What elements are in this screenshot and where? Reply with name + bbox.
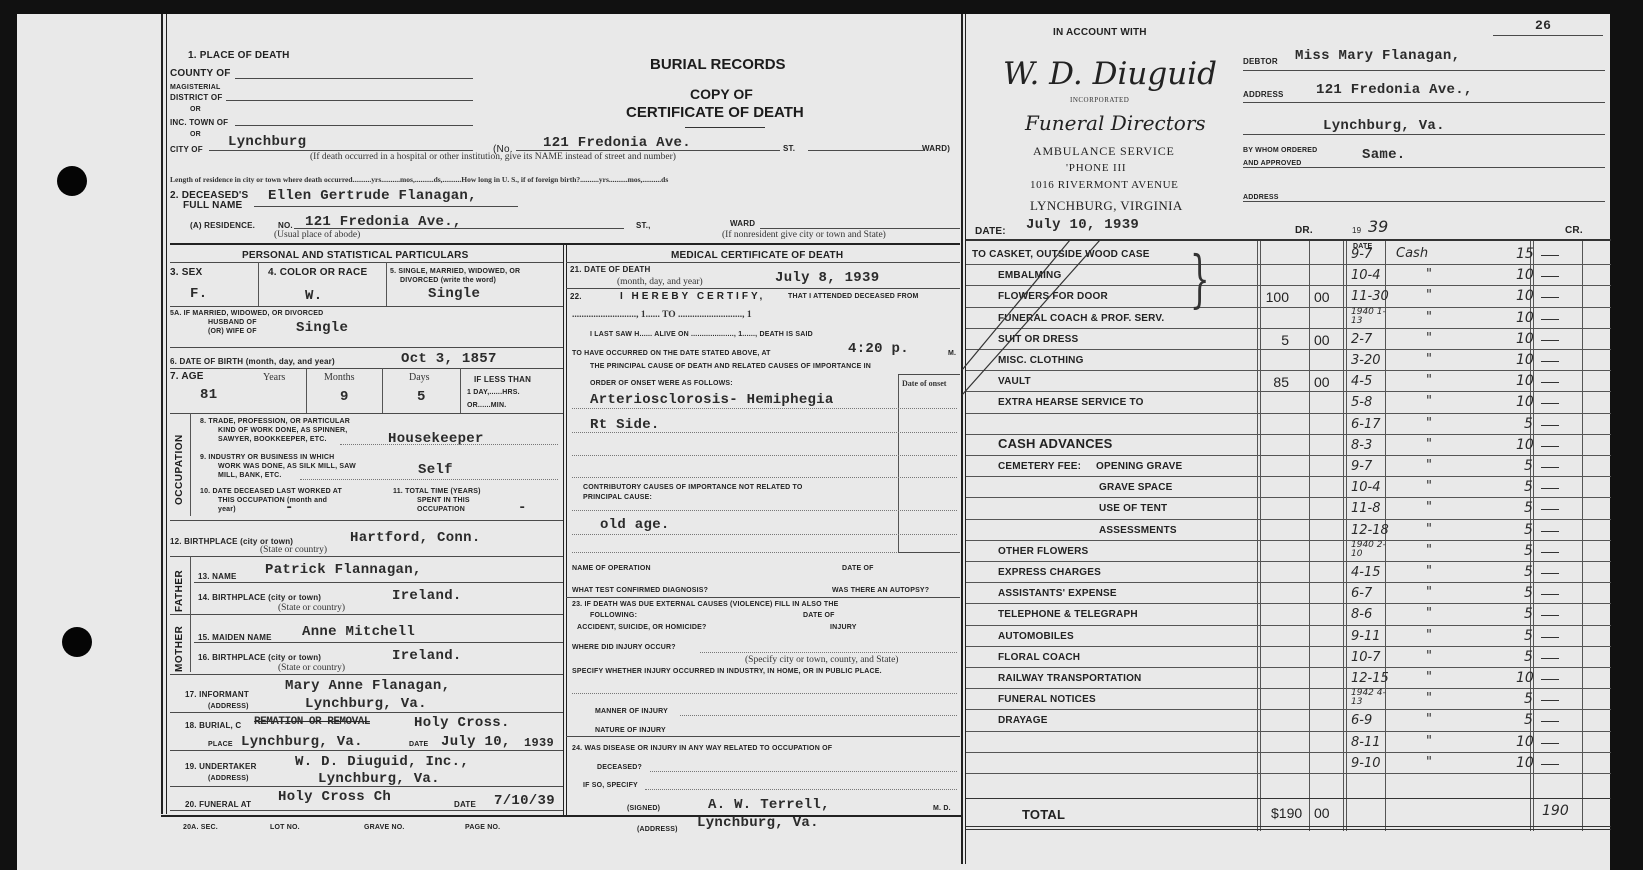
ledger-row: USE OF TENT11-8"5 xyxy=(966,498,1611,519)
city-label: CITY OF xyxy=(170,145,203,154)
funeral-line xyxy=(170,810,563,811)
footer-lot: LOT NO. xyxy=(270,824,300,831)
street-line xyxy=(516,150,780,151)
funeral-label: 20. FUNERAL AT xyxy=(185,800,251,809)
total-value: $190 xyxy=(1271,805,1302,821)
ledger-item-cr-dash xyxy=(1541,721,1559,722)
debtor-address-line xyxy=(1243,102,1605,103)
burial-place-label: PLACE xyxy=(208,741,233,748)
test-label: WHAT TEST CONFIRMED DIAGNOSIS? xyxy=(572,587,708,594)
items-brace-icon: } xyxy=(1190,248,1210,310)
cause-1-value: Arteriosclorosis- Hemiphegia xyxy=(590,392,834,408)
age-label: 7. AGE xyxy=(170,371,204,382)
age-years-value: 81 xyxy=(200,387,217,403)
ledger-row: 8-11"10 xyxy=(966,732,1611,753)
contributory-dots-2 xyxy=(572,534,957,535)
dod-line xyxy=(566,288,960,289)
cause-dots-4 xyxy=(572,477,957,478)
ledger-item-label: AUTOMOBILES xyxy=(998,631,1074,642)
ledger-item-label: GRAVE SPACE xyxy=(1099,482,1173,493)
ordered-label-2: AND APPROVED xyxy=(1243,160,1302,167)
ledger-item-date: 10-4 xyxy=(1351,268,1381,283)
place-of-death-label: 1. PLACE OF DEATH xyxy=(188,50,290,61)
injury-label: INJURY xyxy=(830,624,857,631)
father-birthplace-label: 14. BIRTHPLACE (city or town) xyxy=(198,593,321,602)
ledger-row: AUTOMOBILES9-11"5 xyxy=(966,626,1611,647)
ledger-item-amount: 100 xyxy=(1266,289,1289,305)
mother-side-divider xyxy=(190,614,191,672)
ledger-item-cr: 5 xyxy=(1524,628,1533,644)
page-number: 26 xyxy=(1535,18,1551,33)
total-time-value: - xyxy=(518,500,527,516)
last-worked-label-3: year) xyxy=(218,506,236,513)
ward-line xyxy=(808,150,923,151)
city-state: LYNCHBURG, VIRGINIA xyxy=(1030,198,1183,214)
last-worked-label-1: 10. DATE DECEASED LAST WORKED AT xyxy=(200,488,342,495)
cr-total-value: 190 xyxy=(1542,803,1569,819)
ledger-item-label: RAILWAY TRANSPORTATION xyxy=(998,673,1141,684)
following-label: FOLLOWING: xyxy=(590,612,637,619)
year-prefix: 19 xyxy=(1352,226,1361,235)
ledger-item-date: 5-8 xyxy=(1351,395,1372,410)
ledger-item-date: 8-11 xyxy=(1351,735,1381,750)
ledger-item-cr-dash xyxy=(1541,658,1559,659)
signed-label: (SIGNED) xyxy=(627,805,660,812)
street-st-label: ST. xyxy=(783,144,795,153)
ledger-item-note: " xyxy=(1426,331,1432,346)
total-time-label-2: SPENT IN THIS xyxy=(417,497,470,504)
mother-maiden-label: 15. MAIDEN NAME xyxy=(198,633,272,642)
ledger-item-cents: 00 xyxy=(1314,332,1330,348)
company-name: W. D. Diuguid xyxy=(1003,56,1217,92)
burial-year-value: 1939 xyxy=(524,736,554,750)
residence-ward-label: WARD xyxy=(730,219,755,228)
ordered-line xyxy=(1243,167,1605,168)
ledger-row: 6-17"5 xyxy=(966,414,1611,435)
ledger-item-cr-dash xyxy=(1541,276,1559,277)
principal-cause-text-1: THE PRINCIPAL CAUSE OF DEATH AND RELATED… xyxy=(590,363,871,370)
phone-number: 'PHONE III xyxy=(1066,162,1126,174)
or-label-1: OR xyxy=(190,106,201,113)
sex-row-line xyxy=(170,306,563,307)
industry-value: Self xyxy=(418,462,453,478)
onset-column-divider xyxy=(898,374,899,552)
ordered-value: Same. xyxy=(1362,147,1406,163)
ledger-row: 9-10"10 xyxy=(966,753,1611,774)
ledger-row: TELEPHONE & TELEGRAPH8-6"5 xyxy=(966,604,1611,625)
occurred-text: TO HAVE OCCURRED ON THE DATE STATED ABOV… xyxy=(572,350,771,357)
ledger-item-cr: 10 xyxy=(1516,755,1534,771)
ledger-item-cr: 5 xyxy=(1524,564,1533,580)
birthplace-sub: (State or country) xyxy=(260,545,327,555)
trade-dots xyxy=(340,444,558,445)
city-value: Lynchburg xyxy=(228,134,306,150)
father-birthplace-value: Ireland. xyxy=(392,588,462,604)
column-divider xyxy=(563,243,564,815)
ledger-item-cr-dash xyxy=(1541,573,1559,574)
ledger-item-label: DRAYAGE xyxy=(998,715,1048,726)
burial-place-value: Lynchburg, Va. xyxy=(241,734,363,750)
ledger-item-date: 1940 1-13 xyxy=(1351,308,1387,326)
industry-dots xyxy=(300,479,558,480)
ledger-item-note: " xyxy=(1426,288,1432,303)
spouse-row-line xyxy=(170,347,563,348)
personal-section-top-line xyxy=(170,243,960,245)
days-label: Days xyxy=(409,372,430,383)
ledger-item-date: 2-7 xyxy=(1351,332,1372,347)
debtor-label: DEBTOR xyxy=(1243,57,1278,66)
center-divider xyxy=(961,14,963,864)
ledger-item-label: CASH ADVANCES xyxy=(998,436,1113,451)
ledger-item-cr: 10 xyxy=(1516,394,1534,410)
hospital-note: (If death occurred in a hospital or othe… xyxy=(310,152,676,162)
debtor-address-label: ADDRESS xyxy=(1243,90,1284,99)
in-account-with: IN ACCOUNT WITH xyxy=(1053,27,1147,38)
ledger-item-note: " xyxy=(1426,712,1432,727)
ledger-item-cr: 5 xyxy=(1524,712,1533,728)
where-injury-label: WHERE DID INJURY OCCUR? xyxy=(572,644,676,651)
ledger-item-cr-dash xyxy=(1541,509,1559,510)
burial-date-label: DATE xyxy=(409,741,428,748)
punch-hole-top xyxy=(57,166,87,196)
ward-label: WARD) xyxy=(922,144,950,153)
ledger-item-label: FUNERAL NOTICES xyxy=(998,694,1096,705)
debtor-address-value: 121 Fredonia Ave., xyxy=(1316,82,1473,98)
county-line xyxy=(235,78,473,79)
ledger-item-label: USE OF TENT xyxy=(1099,503,1167,514)
dob-row-line xyxy=(170,368,563,369)
ledger-item-cr: 10 xyxy=(1516,437,1534,453)
street-address: 1016 RIVERMONT AVENUE xyxy=(1030,179,1178,191)
if-so-dots xyxy=(645,789,957,790)
year-value: 39 xyxy=(1368,217,1388,236)
ledger-row: RAILWAY TRANSPORTATION12-15"10 xyxy=(966,668,1611,689)
external-date-of-label: DATE OF xyxy=(803,612,835,619)
informant-label: 17. INFORMANT xyxy=(185,690,249,699)
mother-birthplace-sub: (State or country) xyxy=(278,663,345,673)
dod-label: 21. DATE OF DEATH xyxy=(570,265,650,274)
ledger-item-label: ASSESSMENTS xyxy=(1099,525,1177,536)
if-so-label: IF SO, SPECIFY xyxy=(583,782,638,789)
ledger-item-cr: 5 xyxy=(1524,543,1533,559)
city-line xyxy=(209,150,473,151)
ledger-item-date: 4-5 xyxy=(1351,374,1372,389)
ledger-item-cr-dash xyxy=(1541,446,1559,447)
total-top-line xyxy=(966,798,1611,799)
usual-abode-note: (Usual place of abode) xyxy=(274,230,360,240)
ledger-item-cr-dash xyxy=(1541,361,1559,362)
last-saw-text: I LAST SAW H...... ALIVE ON ............… xyxy=(590,331,813,338)
column-divider-2 xyxy=(566,243,567,815)
ledger-item-date: 12-15 xyxy=(1351,671,1389,686)
burial-records-title: BURIAL RECORDS xyxy=(650,56,786,73)
ledger-item-cr: 5 xyxy=(1524,416,1533,432)
trade-label-1: 8. TRADE, PROFESSION, OR PARTICULAR xyxy=(200,418,350,425)
residence-line xyxy=(294,228,624,229)
ledger-item-cr-dash xyxy=(1541,679,1559,680)
cause-dots-1 xyxy=(572,408,957,409)
age-row-line xyxy=(170,413,563,414)
ledger-item-cr: 5 xyxy=(1524,585,1533,601)
ledger-item-cr: 10 xyxy=(1516,352,1534,368)
debtor-value: Miss Mary Flanagan, xyxy=(1295,48,1460,64)
occupation-question: 24. WAS DISEASE OR INJURY IN ANY WAY REL… xyxy=(572,745,832,752)
sex-divider xyxy=(258,262,259,307)
ledger-item-note: " xyxy=(1426,564,1432,579)
copy-of-title: COPY OF xyxy=(690,86,753,102)
ordered-label-1: BY WHOM ORDERED xyxy=(1243,147,1317,154)
race-divider xyxy=(386,262,387,307)
ledger-item-note: " xyxy=(1426,458,1432,473)
ledger-item-cr-dash xyxy=(1541,403,1559,404)
ledger-item-amount: 5 xyxy=(1281,332,1289,348)
ledger-row: OTHER FLOWERS1940 2-10"5 xyxy=(966,541,1611,562)
occupation-side-divider xyxy=(190,413,191,516)
occupation-bottom-line xyxy=(170,520,563,521)
age-days-value: 5 xyxy=(417,389,426,405)
ledger-item-note: " xyxy=(1426,500,1432,515)
ledger-item-cr-dash xyxy=(1541,743,1559,744)
ledger-item-label: FLORAL COACH xyxy=(998,652,1080,663)
industry-label-1: 9. INDUSTRY OR BUSINESS IN WHICH xyxy=(200,454,334,461)
ledger-item-note: " xyxy=(1426,734,1432,749)
ledger-item-cr: 5 xyxy=(1524,522,1533,538)
undertaker-address: Lynchburg, Va. xyxy=(318,771,440,787)
test-line xyxy=(566,597,960,598)
ledger-item-label: OTHER FLOWERS xyxy=(998,546,1088,557)
mother-maiden-line xyxy=(194,642,563,643)
deceased-name: Ellen Gertrude Flanagan, xyxy=(268,188,477,204)
ledger-item-cents: 00 xyxy=(1314,289,1330,305)
industry-label-3: MILL, BANK, ETC. xyxy=(218,472,281,479)
ledger-item-label: CEMETERY FEE: OPENING GRAVE xyxy=(998,461,1182,472)
undertaker-name: W. D. Diuguid, Inc., xyxy=(295,754,469,770)
ledger-item-label: TELEPHONE & TELEGRAPH xyxy=(998,609,1138,620)
funeral-directors-tagline: Funeral Directors xyxy=(1025,111,1206,135)
informant-name: Mary Anne Flanagan, xyxy=(285,678,450,694)
deceased-name-line xyxy=(254,206,518,207)
district-line xyxy=(226,100,473,101)
cause-dots-3 xyxy=(572,455,957,456)
ledger-item-note: " xyxy=(1426,543,1432,558)
ledger-item-cr: 10 xyxy=(1516,288,1534,304)
strike-through-diagonals xyxy=(960,230,1120,400)
spouse-label-1: 5A. IF MARRIED, WIDOWED, OR DIVORCED xyxy=(170,310,323,317)
ledger-item-date: 6-9 xyxy=(1351,713,1372,728)
punch-hole-bottom xyxy=(62,627,92,657)
debtor-address-line2: Lynchburg, Va. xyxy=(1323,118,1445,134)
signed-value: A. W. Terrell, xyxy=(708,797,830,813)
burial-label: 18. BURIAL, C xyxy=(185,721,241,730)
dod-sub: (month, day, and year) xyxy=(617,277,703,287)
marital-value: Single xyxy=(428,286,480,302)
ledger-item-date: 3-20 xyxy=(1351,353,1381,368)
ledger-item-date: 8-3 xyxy=(1351,438,1372,453)
ledger-item-note: " xyxy=(1426,585,1432,600)
footer-grave: GRAVE NO. xyxy=(364,824,405,831)
dr-label: DR. xyxy=(1295,225,1313,236)
external-causes-label: 23. IF DEATH WAS DUE EXTERNAL CAUSES (VI… xyxy=(572,601,839,608)
nature-label: NATURE OF INJURY xyxy=(595,727,666,734)
dod-value: July 8, 1939 xyxy=(775,270,879,286)
years-divider xyxy=(306,368,307,413)
onset-header: Date of onset xyxy=(902,379,946,388)
full-name-label: FULL NAME xyxy=(183,200,242,211)
personal-title-line xyxy=(170,262,563,263)
certificate-of-death-title: CERTIFICATE OF DEATH xyxy=(626,104,804,121)
nature-line xyxy=(566,736,960,737)
spouse-value: Single xyxy=(296,320,348,336)
last-worked-value: - xyxy=(285,500,294,516)
inc-town-label: INC. TOWN OF xyxy=(170,118,228,127)
ledger-item-cr-dash xyxy=(1541,467,1559,468)
informant-address: Lynchburg, Va. xyxy=(305,696,427,712)
page-number-line xyxy=(1493,35,1603,36)
ledger-item-date: 9-11 xyxy=(1351,629,1381,644)
ledger-item-cr-dash xyxy=(1541,594,1559,595)
father-birthplace-sub: (State or country) xyxy=(278,603,345,613)
time-suffix: M. xyxy=(948,350,956,357)
marital-label-1: 5. SINGLE, MARRIED, WIDOWED, OR xyxy=(390,268,520,275)
sex-label: 3. SEX xyxy=(170,267,202,278)
contributory-label-1: CONTRIBUTORY CAUSES OF IMPORTANCE NOT RE… xyxy=(583,484,802,491)
ledger-item-cr-dash xyxy=(1541,488,1559,489)
ledger-row: FUNERAL NOTICES1942 4-13"5 xyxy=(966,689,1611,710)
ledger-item-note: Cash xyxy=(1396,246,1428,261)
ledger-item-cr: 10 xyxy=(1516,373,1534,389)
ledger-item-note: " xyxy=(1426,628,1432,643)
ledger-item-cr-dash xyxy=(1541,340,1559,341)
sex-value: F. xyxy=(190,286,207,302)
birthplace-line xyxy=(170,556,563,557)
ledger-item-cr-dash xyxy=(1541,297,1559,298)
ledger-item-cr-dash xyxy=(1541,531,1559,532)
specify-whether-label: SPECIFY WHETHER INJURY OCCURRED IN INDUS… xyxy=(572,668,882,675)
left-margin-border-2 xyxy=(166,14,167,814)
ledger-item-amount: 85 xyxy=(1273,374,1289,390)
mother-birthplace-label: 16. BIRTHPLACE (city or town) xyxy=(198,653,321,662)
age-months-value: 9 xyxy=(340,389,349,405)
ledger-item-cr: 5 xyxy=(1524,458,1533,474)
debtor-address-line2-rule xyxy=(1243,134,1605,135)
ledger-row: ASSESSMENTS12-18"5 xyxy=(966,520,1611,541)
md-label: M. D. xyxy=(933,805,951,812)
residence-st-label: ST., xyxy=(636,221,651,230)
cause-dots-2 xyxy=(572,432,957,433)
dob-value: Oct 3, 1857 xyxy=(401,351,497,367)
nonresident-note: (If nonresident give city or town and St… xyxy=(722,230,886,240)
birthplace-value: Hartford, Conn. xyxy=(350,530,481,546)
total-bottom-line-2 xyxy=(966,829,1611,830)
ledger-item-note: " xyxy=(1426,606,1432,621)
father-name-line xyxy=(194,582,563,583)
ledger-item-date: 4-15 xyxy=(1351,565,1381,580)
ledger-row: ASSISTANTS' EXPENSE6-7"5 xyxy=(966,583,1611,604)
industry-label-2: WORK WAS DONE, AS SILK MILL, SAW xyxy=(218,463,356,470)
title-underline xyxy=(685,127,765,128)
ledger-item-note: " xyxy=(1426,373,1432,388)
ledger-item-cr: 10 xyxy=(1516,267,1534,283)
father-name-value: Patrick Flannagan, xyxy=(265,562,422,578)
ledger-item-cr: 5 xyxy=(1524,606,1533,622)
trade-label-3: SAWYER, BOOKKEEPER, ETC. xyxy=(218,436,327,443)
incorporated-label: INCORPORATED xyxy=(1070,96,1129,104)
certify-from-to: ..........................., 1...... TO … xyxy=(572,310,752,320)
deceased-question-label: DECEASED? xyxy=(597,764,642,771)
ledger-item-date: 11-30 xyxy=(1351,289,1389,304)
days-divider xyxy=(460,368,461,413)
ledger-row: CASH ADVANCES8-3"10 xyxy=(966,435,1611,456)
ledger-item-date: 1940 2-10 xyxy=(1351,541,1387,559)
ledger-item-cr-dash xyxy=(1541,700,1559,701)
principal-cause-text-2: ORDER OF ONSET WERE AS FOLLOWS: xyxy=(590,380,733,387)
ledger-item-note: " xyxy=(1426,670,1432,685)
specify-dots xyxy=(572,693,957,694)
ledger-item-label: EXPRESS CHARGES xyxy=(998,567,1101,578)
ledger-item-cr-dash xyxy=(1541,637,1559,638)
ledger-item-cr: 10 xyxy=(1516,734,1534,750)
ledger-item-cr: 15 xyxy=(1516,246,1534,262)
ledger-item-date: 1942 4-13 xyxy=(1351,689,1387,707)
race-label: 4. COLOR OR RACE xyxy=(268,267,367,278)
occupation-side-label: OCCUPATION xyxy=(174,434,185,505)
months-label: Months xyxy=(324,372,355,383)
ledger-item-note: " xyxy=(1426,267,1432,282)
last-worked-label-2: THIS OCCUPATION (month and xyxy=(218,497,327,504)
debtor-line xyxy=(1243,70,1605,71)
ledger-item-cr-dash xyxy=(1541,425,1559,426)
spouse-label-3: (OR) WIFE OF xyxy=(208,328,257,335)
ledger-item-note: " xyxy=(1426,310,1432,325)
ledger-item-cr: 5 xyxy=(1524,691,1533,707)
ledger-item-note: " xyxy=(1426,649,1432,664)
informant-line xyxy=(170,712,563,713)
ledger-item-date: 8-6 xyxy=(1351,607,1372,622)
years-label: Years xyxy=(263,372,285,383)
where-injury-dots xyxy=(700,652,957,653)
total-time-label-3: OCCUPATION xyxy=(417,506,465,513)
undertaker-address-label: (ADDRESS) xyxy=(208,775,249,782)
funeral-value: Holy Cross Ch xyxy=(278,789,391,805)
ledger-item-date: 12-18 xyxy=(1351,523,1389,538)
total-bottom-line xyxy=(966,826,1611,827)
dob-label: 6. DATE OF BIRTH (month, day, and year) xyxy=(170,357,335,366)
less-than-label-1: IF LESS THAN xyxy=(474,375,531,384)
autopsy-label: WAS THERE AN AUTOPSY? xyxy=(832,587,929,594)
ledger-item-cents: 00 xyxy=(1314,374,1330,390)
ledger-row: EXPRESS CHARGES4-15"5 xyxy=(966,562,1611,583)
district-label: DISTRICT OF xyxy=(170,93,222,102)
ledger-item-cr: 10 xyxy=(1516,310,1534,326)
operation-label: NAME OF OPERATION xyxy=(572,565,651,572)
or-label-2: OR xyxy=(190,131,201,138)
cr-label: CR. xyxy=(1565,225,1583,236)
ledger-row: DRAYAGE6-9"5 xyxy=(966,710,1611,731)
contributory-value: old age. xyxy=(600,517,670,533)
ledger-item-cr-dash xyxy=(1541,764,1559,765)
operation-date-label: DATE OF xyxy=(842,565,874,572)
certify-number: 22. xyxy=(570,292,582,301)
total-cents: 00 xyxy=(1314,805,1330,821)
ledger-item-cr-dash xyxy=(1541,615,1559,616)
mother-bottom-line xyxy=(170,674,563,675)
medical-section-title: MEDICAL CERTIFICATE OF DEATH xyxy=(671,250,843,261)
burial-value: Holy Cross. xyxy=(414,715,510,731)
spouse-label-2: HUSBAND OF xyxy=(208,319,257,326)
trade-label-2: KIND OF WORK DONE, AS SPINNER, xyxy=(218,427,347,434)
father-side-divider xyxy=(190,556,191,614)
contributory-label-2: PRINCIPAL CAUSE: xyxy=(583,494,652,501)
